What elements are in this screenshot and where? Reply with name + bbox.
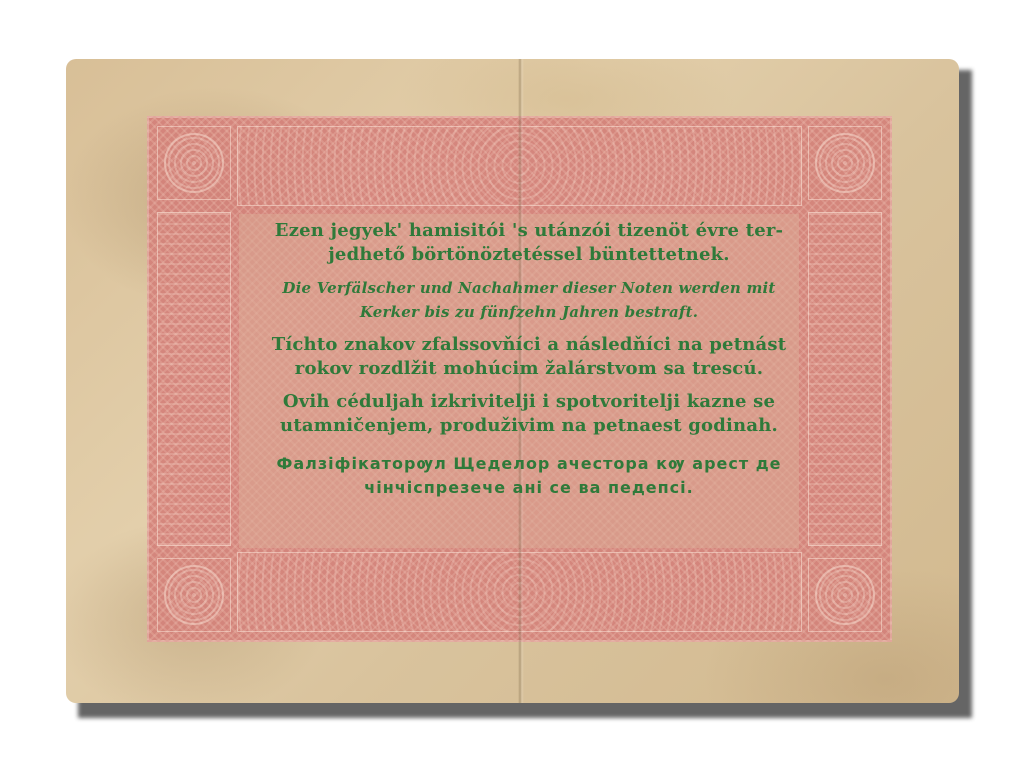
line: Kerker bis zu fünfzehn Jahren bestraft. [360, 303, 698, 321]
warning-romanian-cyrillic: Фалзіфікаторѹл Щеделор ачестора кѹ арест… [234, 452, 824, 500]
corner-rosette-bottom-right [808, 558, 882, 632]
line: jedhető börtönöztetéssel büntettetnek. [328, 244, 730, 265]
line: Фалзіфікаторѹл Щеделор ачестора кѹ арест… [277, 454, 782, 473]
line: Tíchto znakov zfalssovňíci a následňíci … [272, 334, 786, 355]
rosette-icon [815, 133, 875, 193]
banknote: Ezen jegyek' hamisitói 's utánzói tizenö… [66, 59, 959, 703]
warning-text-block: Ezen jegyek' hamisitói 's utánzói tizenö… [234, 219, 824, 509]
corner-rosette-top-left [157, 126, 231, 200]
warning-hungarian: Ezen jegyek' hamisitói 's utánzói tizenö… [234, 219, 824, 267]
rosette-icon [164, 565, 224, 625]
corner-rosette-top-right [808, 126, 882, 200]
rosette-icon [815, 565, 875, 625]
warning-german: Die Verfälscher und Nachahmer dieser Not… [234, 276, 824, 324]
line: Ezen jegyek' hamisitói 's utánzói tizenö… [275, 220, 783, 241]
left-guilloche-band [157, 212, 231, 546]
line: Die Verfälscher und Nachahmer dieser Not… [282, 279, 775, 297]
line: чінчіспрезече ані се ва педепсі. [364, 478, 693, 497]
line: utamničenjem, produživim na petnaest god… [280, 415, 778, 436]
line: Ovih céduljah izkrivitelji i spotvoritel… [283, 391, 775, 412]
rosette-icon [164, 133, 224, 193]
corner-rosette-bottom-left [157, 558, 231, 632]
warning-slovak: Tíchto znakov zfalssovňíci a následňíci … [234, 333, 824, 381]
line: rokov rozdlžit mohúcim žalárstvom sa tre… [295, 358, 763, 379]
warning-croatian: Ovih céduljah izkrivitelji i spotvoritel… [234, 390, 824, 438]
